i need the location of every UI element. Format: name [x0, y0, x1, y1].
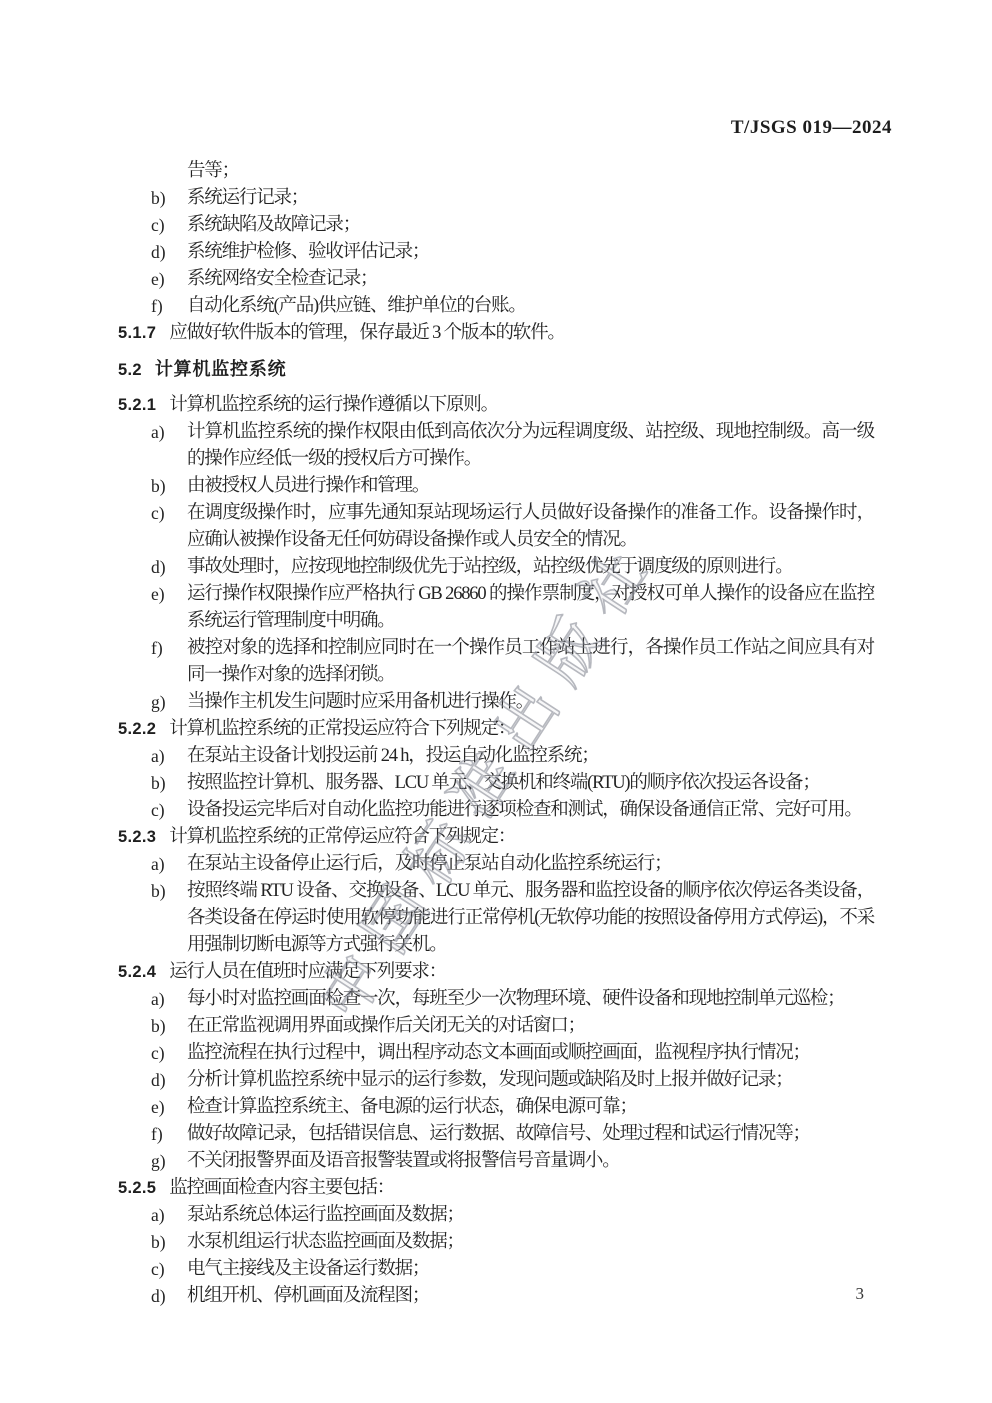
list-item-text: 水泵机组运行状态监控画面及数据； [187, 1232, 464, 1252]
list-item: b)在正常监视调用界面或操作后关闭无关的对话窗口； [118, 1013, 874, 1040]
list-item: b)系统运行记录； [118, 185, 874, 212]
paragraph-continuation: 告等； [118, 158, 874, 185]
list-item-text: 监控流程在执行过程中，调出程序动态文本画面或顺控画面，监视程序执行情况； [187, 1043, 810, 1063]
page-number: 3 [856, 1284, 865, 1304]
clause-text: 计算机监控系统的正常停运应符合下列规定： [169, 827, 515, 847]
clause-5-2-3: 5.2.3计算机监控系统的正常停运应符合下列规定： [118, 824, 874, 851]
list-item: b)水泵机组运行状态监控画面及数据； [118, 1229, 874, 1256]
list-item-text: 做好故障记录，包括错误信息、运行数据、故障信号、处理过程和试运行情况等； [187, 1124, 810, 1144]
clause-number: 5.2.5 [118, 1179, 156, 1197]
list-item-text: 事故处理时，应按现地控制级优先于站控级，站控级优先于调度级的原则进行。 [187, 557, 793, 577]
list-item: c)设备投运完毕后对自动化监控功能进行逐项检查和测试，确保设备通信正常、完好可用… [118, 797, 874, 824]
paragraph-text: 告等； [187, 161, 239, 181]
list-item-text: 设备投运完毕后对自动化监控功能进行逐项检查和测试，确保设备通信正常、完好可用。 [187, 800, 862, 820]
list-item-marker: d) [151, 239, 166, 266]
list-item: a)计算机监控系统的操作权限由低到高依次分为远程调度级、站控级、现地控制级。高一… [118, 419, 874, 473]
list-item: c)系统缺陷及故障记录； [118, 212, 874, 239]
list-item-marker: c) [151, 797, 165, 824]
list-item: a)每小时对监控画面检查一次，每班至少一次物理环境、硬件设备和现地控制单元巡检； [118, 986, 874, 1013]
list-item-marker: b) [151, 185, 166, 212]
list-item-marker: f) [151, 1121, 163, 1148]
section-heading-5-2: 5.2计算机监控系统 [118, 355, 874, 384]
list-item: g)当操作主机发生问题时应采用备机进行操作。 [118, 689, 874, 716]
list-item-marker: b) [151, 1229, 166, 1256]
list-item-marker: c) [151, 1040, 165, 1067]
list-item-marker: d) [151, 554, 166, 581]
list-item-text: 系统缺陷及故障记录； [187, 215, 360, 235]
list-item-marker: a) [151, 743, 165, 770]
list-item: e)运行操作权限操作应严格执行 GB 26860 的操作票制度，对授权可单人操作… [118, 581, 874, 635]
list-item-text: 不关闭报警界面及语音报警装置或将报警信号音量调小。 [187, 1151, 620, 1171]
list-item: b)按照终端 RTU 设备、交换设备、LCU 单元、服务器和监控设备的顺序依次停… [118, 878, 874, 959]
list-item-text: 电气主接线及主设备运行数据； [187, 1259, 429, 1279]
list-item-text: 计算机监控系统的操作权限由低到高依次分为远程调度级、站控级、现地控制级。高一级的… [187, 422, 874, 469]
standard-code-header: T/JSGS 019—2024 [731, 117, 892, 139]
list-item: e)系统网络安全检查记录； [118, 266, 874, 293]
clause-5-2-5: 5.2.5监控画面检查内容主要包括： [118, 1175, 874, 1202]
list-item-marker: f) [151, 293, 163, 320]
list-item-marker: e) [151, 266, 165, 293]
list-item-text: 泵站系统总体运行监控画面及数据； [187, 1205, 464, 1225]
clause-text: 计算机监控系统的运行操作遵循以下原则。 [169, 395, 498, 415]
list-item-text: 被控对象的选择和控制应同时在一个操作员工作站上进行，各操作员工作站之间应具有对同… [187, 638, 874, 685]
list-item: f)自动化系统(产品)供应链、维护单位的台账。 [118, 293, 874, 320]
clause-number: 5.2.1 [118, 396, 156, 414]
list-item: d)事故处理时，应按现地控制级优先于站控级，站控级优先于调度级的原则进行。 [118, 554, 874, 581]
list-item-text: 运行操作权限操作应严格执行 GB 26860 的操作票制度，对授权可单人操作的设… [187, 584, 874, 631]
list-item-marker: g) [151, 689, 166, 716]
list-item-marker: a) [151, 986, 165, 1013]
clause-text: 计算机监控系统的正常投运应符合下列规定： [169, 719, 515, 739]
list-item-marker: b) [151, 473, 166, 500]
list-item: e)检查计算监控系统主、备电源的运行状态，确保电源可靠； [118, 1094, 874, 1121]
list-item: d)分析计算机监控系统中显示的运行参数，发现问题或缺陷及时上报并做好记录； [118, 1067, 874, 1094]
list-item-text: 每小时对监控画面检查一次，每班至少一次物理环境、硬件设备和现地控制单元巡检； [187, 989, 844, 1009]
list-item-marker: e) [151, 1094, 165, 1121]
list-item-text: 在泵站主设备计划投运前 24 h，投运自动化监控系统； [187, 746, 599, 766]
section-title: 计算机监控系统 [155, 359, 287, 379]
list-item-marker: b) [151, 1013, 166, 1040]
list-item: c)监控流程在执行过程中，调出程序动态文本画面或顺控画面，监视程序执行情况； [118, 1040, 874, 1067]
list-item-text: 当操作主机发生问题时应采用备机进行操作。 [187, 692, 533, 712]
section-number: 5.2 [118, 361, 142, 379]
list-item: a)在泵站主设备停止运行后，及时停止泵站自动化监控系统运行； [118, 851, 874, 878]
list-item: f)做好故障记录，包括错误信息、运行数据、故障信号、处理过程和试运行情况等； [118, 1121, 874, 1148]
list-item-text: 系统维护检修、验收评估记录； [187, 242, 429, 262]
list-item-text: 机组开机、停机画面及流程图； [187, 1286, 429, 1306]
list-item: c)电气主接线及主设备运行数据； [118, 1256, 874, 1283]
list-item-marker: e) [151, 581, 165, 608]
list-item: b)由被授权人员进行操作和管理。 [118, 473, 874, 500]
list-item-marker: a) [151, 419, 165, 446]
list-item-text: 分析计算机监控系统中显示的运行参数，发现问题或缺陷及时上报并做好记录； [187, 1070, 793, 1090]
list-item-marker: b) [151, 770, 166, 797]
list-item-marker: d) [151, 1067, 166, 1094]
clause-text: 应做好软件版本的管理，保存最近 3 个版本的软件。 [169, 323, 565, 343]
list-item-marker: d) [151, 1283, 166, 1310]
list-item-text: 按照监控计算机、服务器、LCU 单元、交换机和终端(RTU)的顺序依次投运各设备… [187, 773, 820, 793]
list-item: a)在泵站主设备计划投运前 24 h，投运自动化监控系统； [118, 743, 874, 770]
list-item-marker: c) [151, 500, 165, 527]
list-item-marker: c) [151, 1256, 165, 1283]
document-page: T/JSGS 019—2024 中国标准出版社 告等； b)系统运行记录； c)… [0, 0, 992, 1403]
list-item-marker: a) [151, 1202, 165, 1229]
list-item: g)不关闭报警界面及语音报警装置或将报警信号音量调小。 [118, 1148, 874, 1175]
list-item-text: 系统运行记录； [187, 188, 308, 208]
list-item-text: 按照终端 RTU 设备、交换设备、LCU 单元、服务器和监控设备的顺序依次停运各… [187, 881, 874, 955]
clause-5-2-4: 5.2.4运行人员在值班时应满足下列要求： [118, 959, 874, 986]
list-item-text: 在调度级操作时，应事先通知泵站现场运行人员做好设备操作的准备工作。设备操作时，应… [187, 503, 874, 550]
list-item-text: 自动化系统(产品)供应链、维护单位的台账。 [187, 296, 526, 316]
list-item: c)在调度级操作时，应事先通知泵站现场运行人员做好设备操作的准备工作。设备操作时… [118, 500, 874, 554]
list-item-marker: f) [151, 635, 163, 662]
document-body: 告等； b)系统运行记录； c)系统缺陷及故障记录； d)系统维护检修、验收评估… [118, 158, 874, 1310]
clause-number: 5.1.7 [118, 324, 156, 342]
list-item-text: 系统网络安全检查记录； [187, 269, 377, 289]
list-item-marker: c) [151, 212, 165, 239]
list-item: d)机组开机、停机画面及流程图； [118, 1283, 874, 1310]
list-item: a)泵站系统总体运行监控画面及数据； [118, 1202, 874, 1229]
list-item-text: 检查计算监控系统主、备电源的运行状态，确保电源可靠； [187, 1097, 637, 1117]
list-item-text: 由被授权人员进行操作和管理。 [187, 476, 429, 496]
clause-number: 5.2.3 [118, 828, 156, 846]
clause-text: 监控画面检查内容主要包括： [169, 1178, 394, 1198]
list-item-marker: g) [151, 1148, 166, 1175]
list-item-marker: b) [151, 878, 166, 905]
clause-5-2-1: 5.2.1计算机监控系统的运行操作遵循以下原则。 [118, 392, 874, 419]
clause-5-2-2: 5.2.2计算机监控系统的正常投运应符合下列规定： [118, 716, 874, 743]
list-item-marker: a) [151, 851, 165, 878]
list-item: f)被控对象的选择和控制应同时在一个操作员工作站上进行，各操作员工作站之间应具有… [118, 635, 874, 689]
clause-number: 5.2.2 [118, 720, 156, 738]
list-item: b)按照监控计算机、服务器、LCU 单元、交换机和终端(RTU)的顺序依次投运各… [118, 770, 874, 797]
list-item-text: 在泵站主设备停止运行后，及时停止泵站自动化监控系统运行； [187, 854, 671, 874]
list-item-text: 在正常监视调用界面或操作后关闭无关的对话窗口； [187, 1016, 585, 1036]
list-item: d)系统维护检修、验收评估记录； [118, 239, 874, 266]
clause-text: 运行人员在值班时应满足下列要求： [169, 962, 446, 982]
clause-number: 5.2.4 [118, 963, 156, 981]
clause-5-1-7: 5.1.7应做好软件版本的管理，保存最近 3 个版本的软件。 [118, 320, 874, 347]
